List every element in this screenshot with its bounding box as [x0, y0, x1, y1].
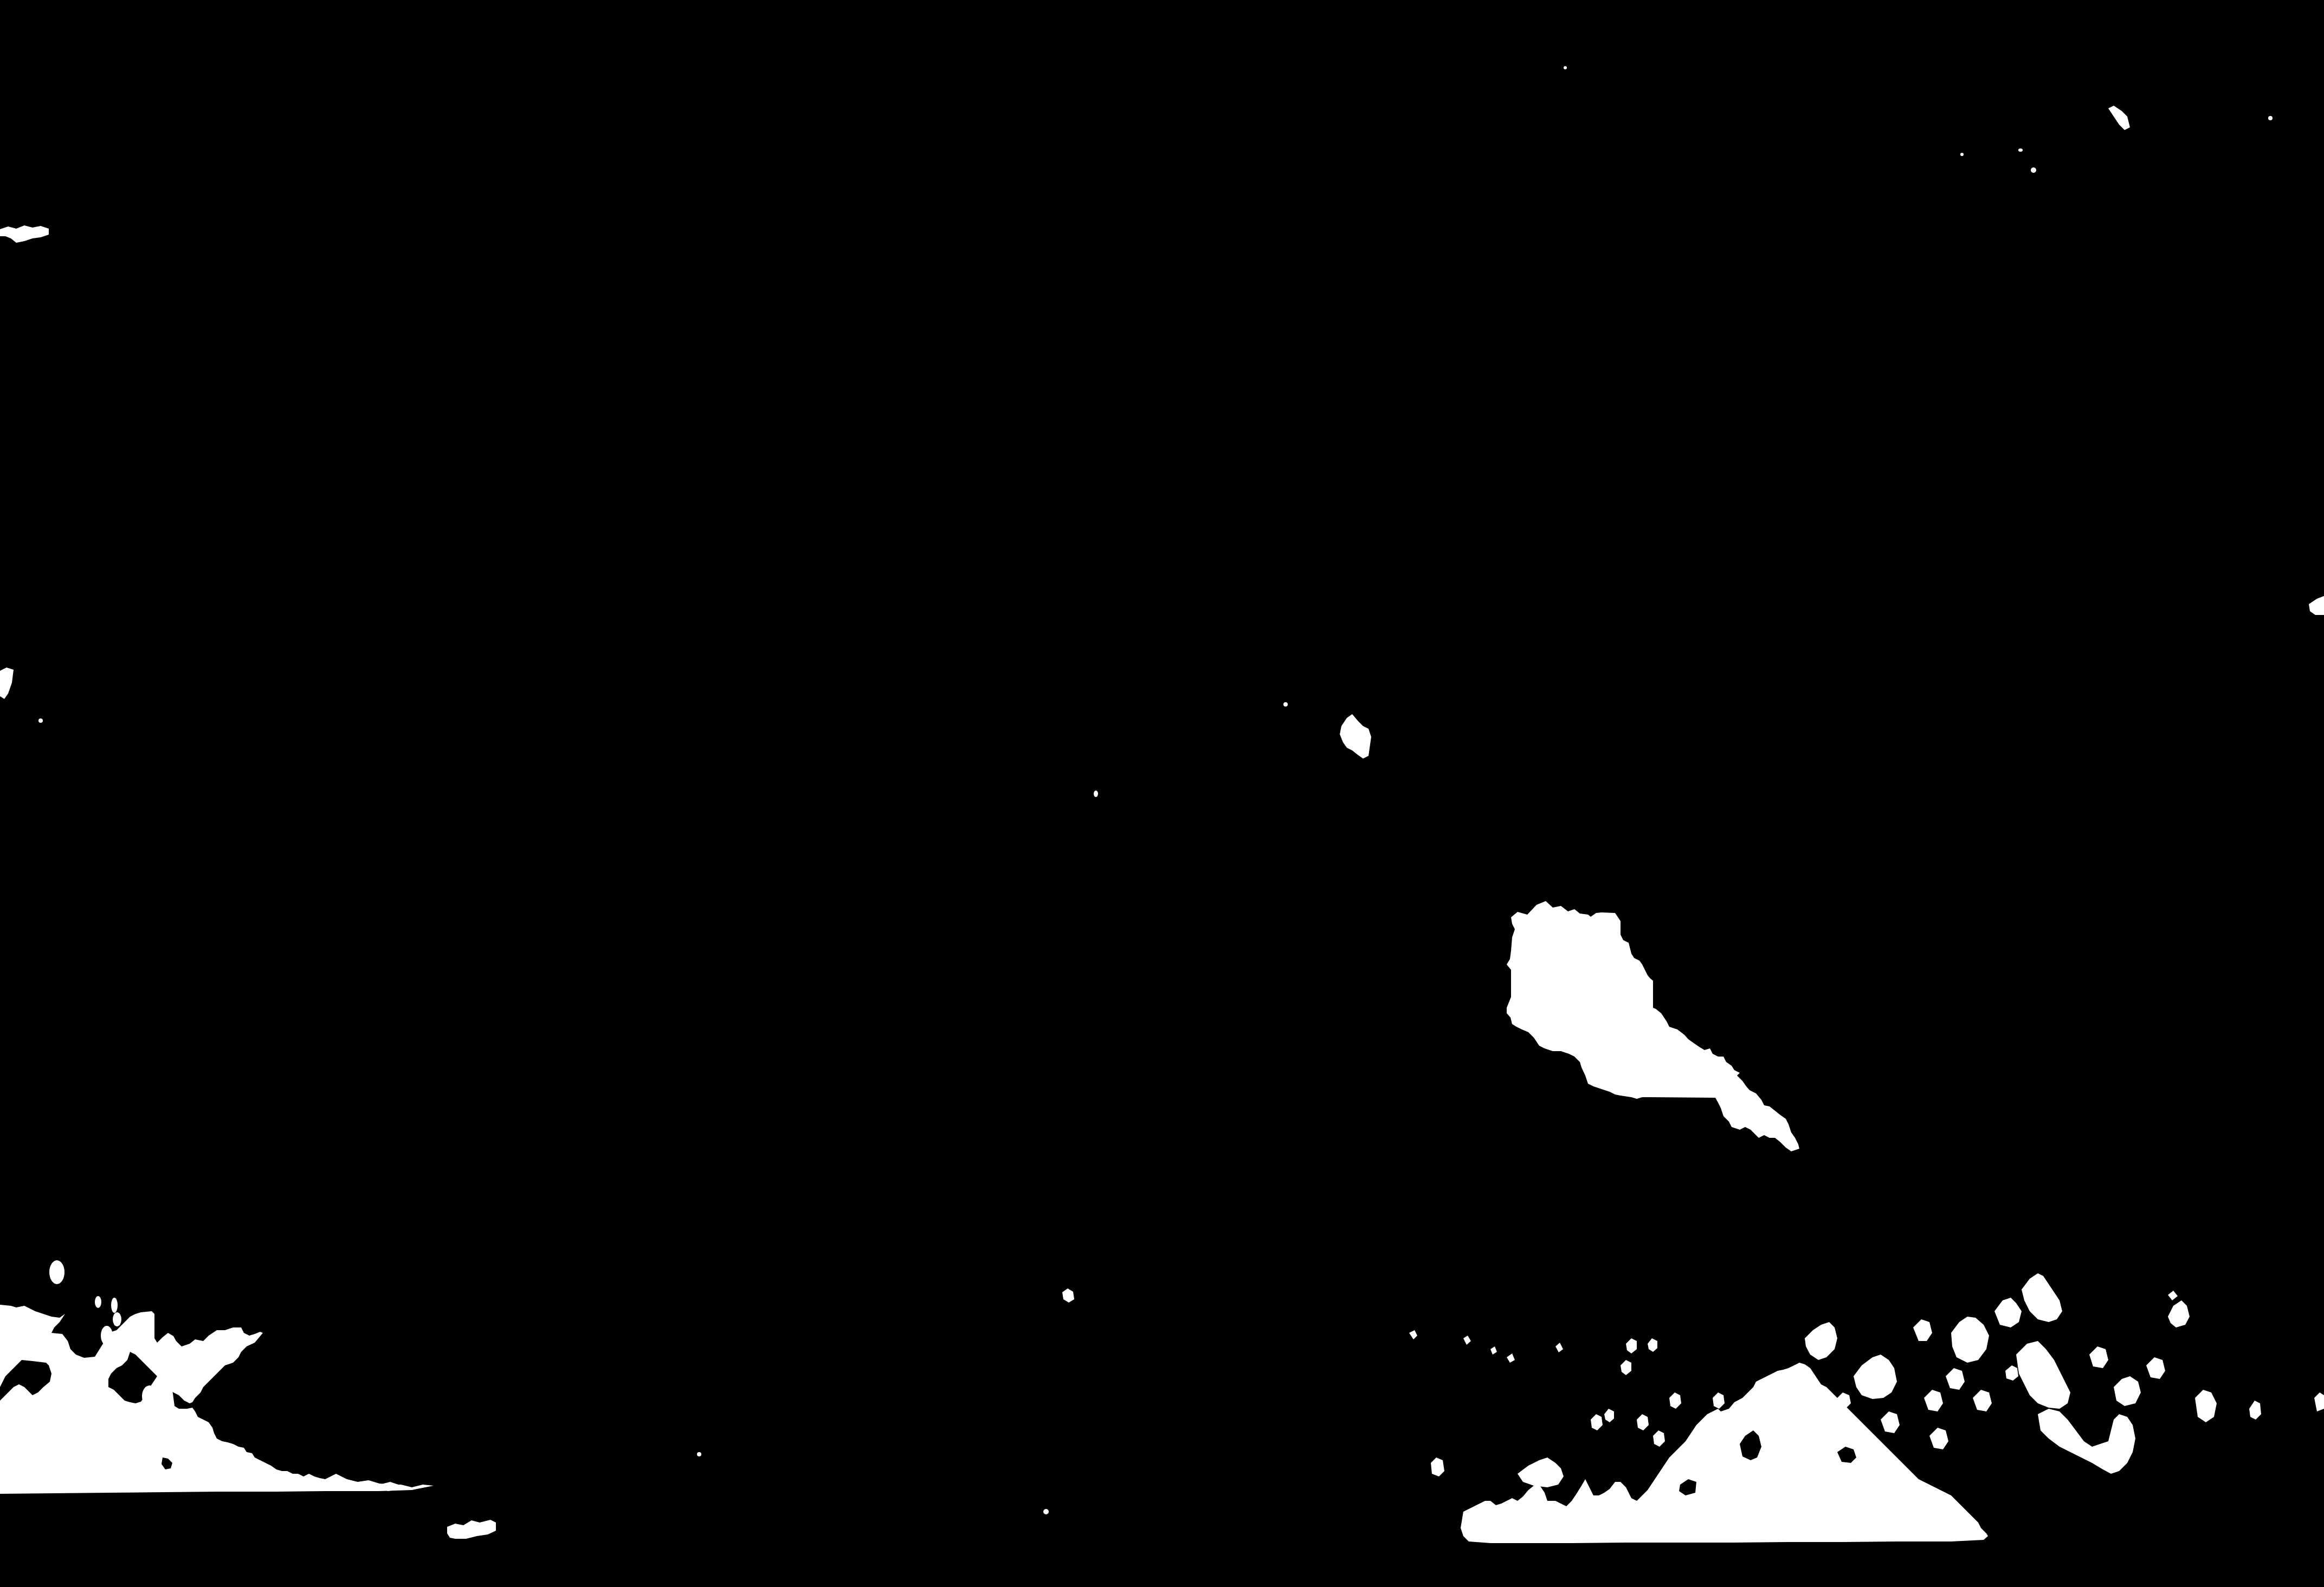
mask-canvas [0, 0, 2324, 1587]
mask-svg [0, 0, 2324, 1587]
